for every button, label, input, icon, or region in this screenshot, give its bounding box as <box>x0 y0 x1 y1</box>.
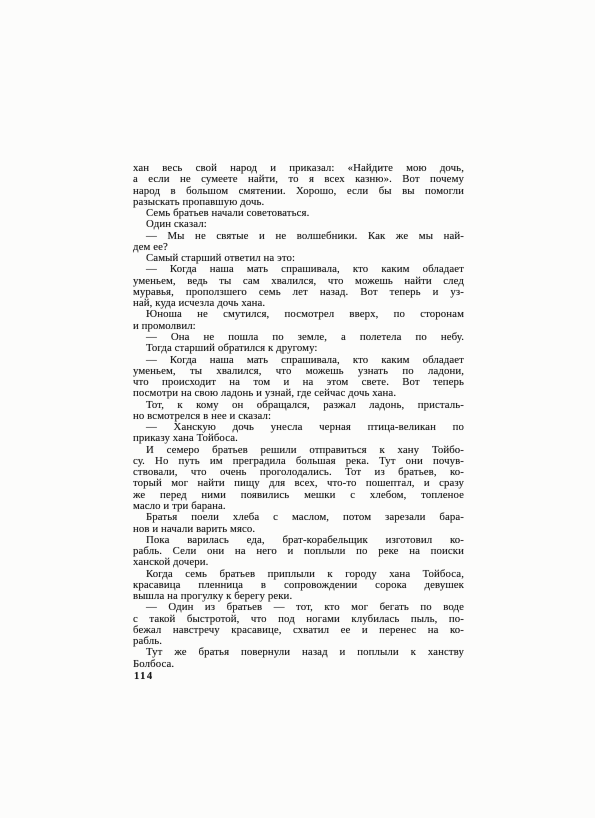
text-line: — Мы не святые и не волшебники. Как же м… <box>133 231 464 242</box>
text-line: торый мог найти пищу для всех, что-то по… <box>133 478 464 489</box>
text-line: Тогда старший обратился к другому: <box>133 343 464 354</box>
book-page: хан весь свой народ и приказал: «Найдите… <box>0 0 595 818</box>
text-line: — Один из братьев — тот, кто мог бегать … <box>133 602 464 613</box>
text-line: ханской дочери. <box>133 557 464 568</box>
text-line: бежал навстречу красавице, схватил ее и … <box>133 625 464 636</box>
page-number: 114 <box>134 671 154 682</box>
text-line: Тут же братья повернули назад и поплыли … <box>133 647 464 658</box>
text-line: Болбоса. <box>133 659 464 670</box>
text-line: Один сказал: <box>133 219 464 230</box>
text-line: приказу хана Тойбоса. <box>133 433 464 444</box>
text-line: Братья поели хлеба с маслом, потом зарез… <box>133 512 464 523</box>
text-line: а если не сумеете найти, то я всех казню… <box>133 174 464 185</box>
page-text: хан весь свой народ и приказал: «Найдите… <box>133 163 464 670</box>
text-line: — Когда наша мать спрашивала, кто каким … <box>133 264 464 275</box>
text-line: посмотри на свою ладонь и узнай, где сей… <box>133 388 464 399</box>
